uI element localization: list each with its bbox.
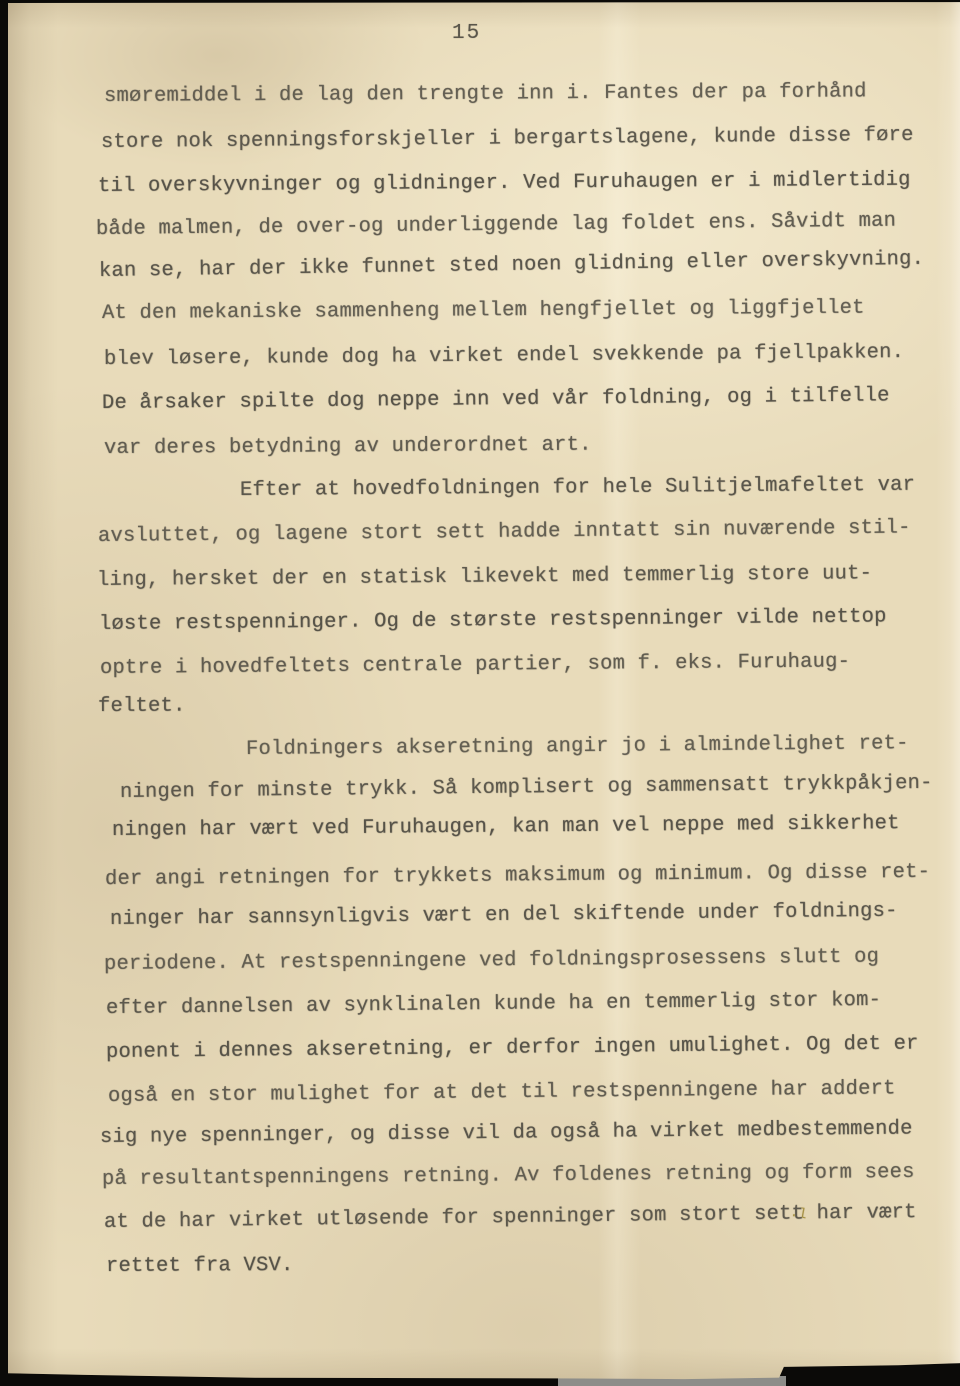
- text-line: også en stor mulighet for at det til res…: [108, 1076, 896, 1110]
- text-line: på resultantspenningens retning. Av fold…: [102, 1160, 915, 1193]
- text-line: De årsaker spilte dog neppe inn ved vår …: [102, 383, 890, 417]
- text-line: ponent i dennes akseretning, er derfor i…: [106, 1031, 919, 1066]
- text-line: ninger har sannsynligvis vært en del ski…: [110, 899, 898, 933]
- text-line: der angi retningen for trykkets maksimum…: [105, 860, 930, 893]
- paper-sheet: 15 smøremiddel i de lag den trengte inn …: [8, 0, 960, 1386]
- text-line: løste restspenninger. Og de største rest…: [99, 604, 887, 638]
- text-line: ling, hersket der en statisk likevekt me…: [97, 561, 872, 594]
- text-line: ningen for minste trykk. Så komplisert o…: [120, 771, 933, 806]
- stray-ink-mark: .l: [789, 1205, 808, 1224]
- text-line: avsluttet, og lagene stort sett hadde in…: [98, 515, 911, 550]
- text-line: rettet fra VSV.: [106, 1253, 294, 1280]
- text-line: store nok spenningsforskjeller i bergart…: [101, 123, 914, 156]
- scanned-document-page: 15 smøremiddel i de lag den trengte inn …: [0, 0, 960, 1386]
- text-line-paragraph-start: Efter at hovedfoldningen for hele Sulitj…: [240, 473, 915, 504]
- text-line: smøremiddel i de lag den trengte inn i. …: [104, 79, 867, 110]
- text-line: blev løsere, kunde dog ha virket endel s…: [104, 340, 904, 373]
- text-line: var deres betydning av underordnet art.: [104, 433, 592, 462]
- text-line: ningen har vært ved Furuhaugen, kan man …: [112, 811, 900, 844]
- text-line: optre i hovedfeltets centrale partier, s…: [100, 649, 850, 682]
- text-line: kan se, har der ikke funnet sted noen gl…: [99, 247, 924, 285]
- text-line: feltet.: [98, 694, 186, 720]
- text-line: efter dannelsen av synklinalen kunde ha …: [106, 988, 881, 1022]
- text-line: sig nye spenninger, og disse vil da også…: [100, 1116, 913, 1151]
- text-line: periodene. At restspenningene ved foldni…: [104, 945, 879, 978]
- text-line: At den mekaniske sammenheng mellem hengf…: [102, 296, 865, 327]
- text-line: til overskyvninger og glidninger. Ved Fu…: [98, 168, 911, 200]
- text-line-paragraph-start: Foldningers akseretning angir jo i almin…: [246, 731, 909, 763]
- typewritten-text-block: smøremiddel i de lag den trengte inn i. …: [8, 0, 960, 1386]
- text-line: både malmen, de over-og underliggende la…: [96, 209, 896, 243]
